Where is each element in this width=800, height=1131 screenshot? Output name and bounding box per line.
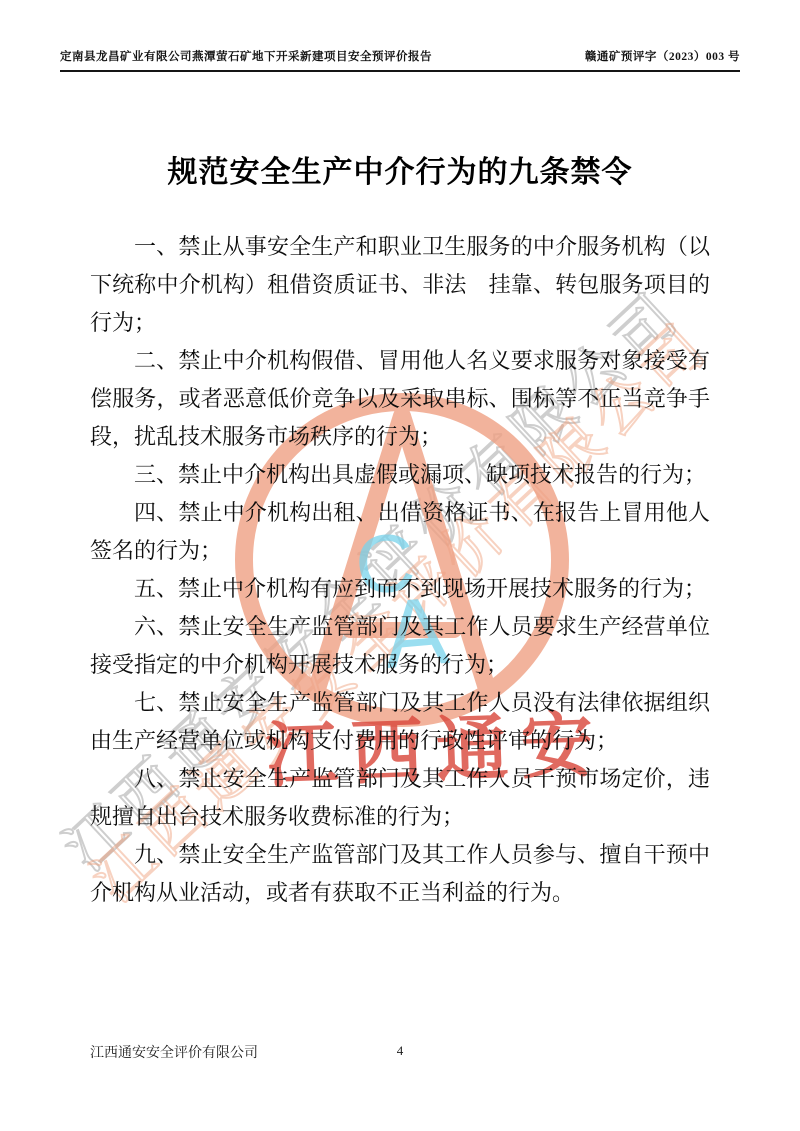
paragraph-9: 九、禁止安全生产监管部门及其工作人员参与、擅自干预中介机构从业活动，或者有获取不… <box>90 836 710 912</box>
paragraph-3: 三、禁止中介机构出具虚假或漏项、缺项技术报告的行为； <box>90 456 710 494</box>
paragraph-4: 四、禁止中介机构出租、出借资格证书、在报告上冒用他人签名的行为； <box>90 494 710 570</box>
paragraph-6: 六、禁止安全生产监管部门及其工作人员要求生产经营单位接受指定的中介机构开展技术服… <box>90 608 710 684</box>
page-footer: 江西通安安全评价有限公司 4 <box>0 1042 800 1066</box>
paragraph-8: 八、禁止安全生产监管部门及其工作人员干预市场定价，违规擅自出台技术服务收费标准的… <box>90 760 710 836</box>
page-header: 定南县龙昌矿业有限公司燕潭萤石矿地下开采新建项目安全预评价报告 赣通矿预评字（2… <box>60 48 740 64</box>
paragraph-5: 五、禁止中介机构有应到而不到现场开展技术服务的行为； <box>90 570 710 608</box>
page-title: 规范安全生产中介行为的九条禁令 <box>0 147 800 191</box>
document-page: 江西通安安全评价有限公司 江西通安安全评价有限公司 C A 江西通安 定南县龙昌… <box>0 0 800 1131</box>
paragraph-1: 一、禁止从事安全生产和职业卫生服务的中介服务机构（以下统称中介机构）租借资质证书… <box>90 228 710 342</box>
document-content: 定南县龙昌矿业有限公司燕潭萤石矿地下开采新建项目安全预评价报告 赣通矿预评字（2… <box>0 0 800 1131</box>
header-divider <box>60 70 740 72</box>
page-number: 4 <box>0 1043 800 1059</box>
header-doc-number: 赣通矿预评字（2023）003 号 <box>585 48 740 64</box>
document-body: 一、禁止从事安全生产和职业卫生服务的中介服务机构（以下统称中介机构）租借资质证书… <box>90 228 710 912</box>
header-report-title: 定南县龙昌矿业有限公司燕潭萤石矿地下开采新建项目安全预评价报告 <box>60 48 432 64</box>
paragraph-2: 二、禁止中介机构假借、冒用他人名义要求服务对象接受有偿服务，或者恶意低价竞争以及… <box>90 342 710 456</box>
paragraph-7: 七、禁止安全生产监管部门及其工作人员没有法律依据组织由生产经营单位或机构支付费用… <box>90 684 710 760</box>
